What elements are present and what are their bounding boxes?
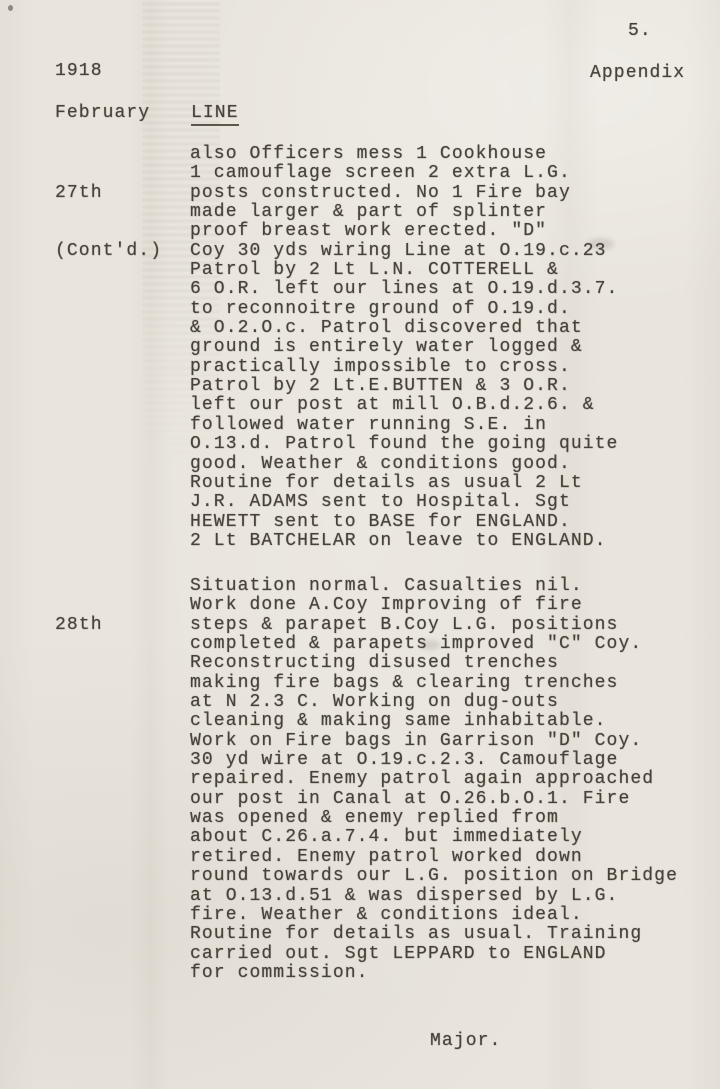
typed-line: Work on Fire bags in Garrison "D" Coy. [190,732,710,751]
typed-line: about C.26.a.7.4. but immediately [190,828,710,847]
typed-line: proof breast work erected. "D" [190,222,710,241]
typed-line: Situation normal. Casualties nil. [190,577,710,596]
typed-line: our post in Canal at O.26.b.O.1. Fire [190,790,710,809]
entry-date-column: 27th (Cont'd.) [55,145,162,300]
typed-line: made larger & part of splinter [190,203,710,222]
typed-line: Routine for details as usual 2 Lt [190,474,710,493]
typed-line: Coy 30 yds wiring Line at O.19.c.23 [190,242,710,261]
typed-line: repaired. Enemy patrol again approached [190,770,710,789]
typed-line: cleaning & making same inhabitable. [190,712,710,731]
line-column-header: LINE [191,104,239,126]
typed-line: at O.13.d.51 & was dispersed by L.G. [190,887,710,906]
typed-line: steps & parapet B.Coy L.G. positions [190,616,710,635]
typed-line: posts constructed. No 1 Fire bay [190,184,710,203]
typed-line: fire. Weather & conditions ideal. [190,906,710,925]
typed-line: 1 camouflage screen 2 extra L.G. [190,164,710,183]
year-label: 1918 [55,62,103,81]
typed-line: HEWETT sent to BASE for ENGLAND. [190,513,710,532]
typed-line: Work done A.Coy Improving of fire [190,596,710,615]
typed-line: Patrol by 2 Lt.E.BUTTEN & 3 O.R. [190,377,710,396]
entry-text: also Officers mess 1 Cookhouse1 camoufla… [190,145,710,551]
typed-line: carried out. Sgt LEPPARD to ENGLAND [190,945,710,964]
typed-line: Routine for details as usual. Training [190,925,710,944]
typed-line: Patrol by 2 Lt L.N. COTTERELL & [190,261,710,280]
appendix-label: Appendix [590,64,685,83]
entry-text: Situation normal. Casualties nil.Work do… [190,577,710,983]
typed-line: for commission. [190,964,710,983]
entry-date: 28th [55,616,126,635]
signature-rank: Major. [430,1032,501,1051]
entry-date: 27th [55,184,162,203]
typed-line: Reconstructing disused trenches [190,654,710,673]
typed-line: good. Weather & conditions good. [190,455,710,474]
typed-line: practically impossible to cross. [190,358,710,377]
typed-line: 6 O.R. left our lines at O.19.d.3.7. [190,280,710,299]
entry-date-note: (Cont'd.) [55,242,162,261]
typed-line: followed water running S.E. in [190,416,710,435]
typed-line: at N 2.3 C. Working on dug-outs [190,693,710,712]
typed-line: making fire bags & clearing trenches [190,674,710,693]
typed-line: ground is entirely water logged & [190,338,710,357]
typed-line: completed & parapets improved "C" Coy. [190,635,710,654]
entry-date-column: 28th [55,577,126,674]
typed-line: also Officers mess 1 Cookhouse [190,145,710,164]
typed-line: O.13.d. Patrol found the going quite [190,435,710,454]
typed-line: & O.2.O.c. Patrol discovered that [190,319,710,338]
ink-speck [8,5,13,11]
typed-line: J.R. ADAMS sent to Hospital. Sgt [190,493,710,512]
page-number: 5. [628,22,652,41]
typed-line: left our post at mill O.B.d.2.6. & [190,396,710,415]
typed-line: to reconnoitre ground of O.19.d. [190,300,710,319]
war-diary-page: 5. 1918 Appendix February LINE 27th (Con… [0,0,720,1089]
month-label: February [55,104,150,123]
typed-line: 30 yd wire at O.19.c.2.3. Camouflage [190,751,710,770]
typed-line: 2 Lt BATCHELAR on leave to ENGLAND. [190,532,710,551]
typed-line: was opened & enemy replied from [190,809,710,828]
typed-line: retired. Enemy patrol worked down [190,848,710,867]
typed-line: round towards our L.G. position on Bridg… [190,867,710,886]
